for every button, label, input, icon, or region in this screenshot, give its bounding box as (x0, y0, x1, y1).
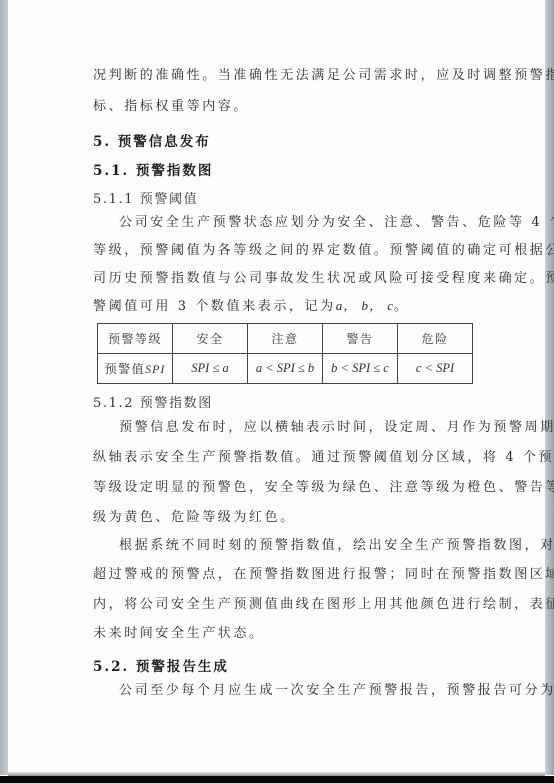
body-line: 内，将公司安全生产预测值曲线在图形上用其他颜色进行绘制，表征 (93, 597, 554, 613)
threshold-variables: a， b， c (336, 298, 394, 313)
table-cell: a < SPI ≤ b (248, 354, 323, 384)
table-cell: b < SPI ≤ c (323, 354, 398, 384)
body-line: 警阈值可用 3 个数值来表示，记为a， b， c。 (93, 298, 410, 315)
body-line: 等级，预警阈值为各等级之间的界定数值。预警阈值的确定可根据公 (93, 243, 554, 259)
body-line: 况判断的准确性。当准确性无法满足公司需求时，应及时调整预警指 (93, 68, 554, 84)
body-line: 未来时间安全生产状态。 (93, 626, 265, 642)
scan-frame-left (0, 0, 8, 775)
body-line: 预警信息发布时，应以横轴表示时间，设定周、月作为预警周期， (119, 420, 554, 436)
body-line: 标、指标权重等内容。 (93, 99, 249, 115)
table-header-cell: 安全 (173, 324, 248, 354)
body-line: 公司安全生产预警状态应划分为安全、注意、警告、危险等 4 个 (119, 215, 554, 231)
section-heading-5-1: 5.1. 预警指数图 (93, 159, 213, 179)
table-header-cell: 注意 (248, 324, 323, 354)
scan-frame-right (545, 0, 554, 775)
section-heading-5-1-1: 5.1.1 预警阈值 (93, 188, 198, 207)
section-heading-5-2: 5.2. 预警报告生成 (93, 655, 229, 675)
body-line: 等级设定明显的预警色，安全等级为绿色、注意等级为橙色、警告等 (93, 480, 554, 496)
table-header-cell: 危险 (398, 324, 473, 354)
body-line: 公司至少每个月应生成一次安全生产预警报告，预警报告可分为 (119, 683, 554, 699)
table-header-cell: 警告 (323, 324, 398, 354)
body-line: 超过警戒的预警点，在预警指数图进行报警；同时在预警指数图区域 (93, 567, 554, 583)
table-row-label: 预警值SPI (98, 354, 173, 384)
row-label-text: 预警值 (105, 362, 146, 376)
table-cell: c < SPI (398, 354, 473, 384)
body-line: 司历史预警指数值与公司事故发生状况或风险可接受程度来确定。预 (93, 271, 554, 287)
table-header-row: 预警等级 安全 注意 警告 危险 (98, 324, 473, 354)
body-text: 警阈值可用 3 个数值来表示，记为 (93, 299, 336, 314)
section-heading-5-1-2: 5.1.2 预警指数图 (93, 392, 213, 411)
document-page (8, 0, 545, 772)
table-header-cell: 预警等级 (98, 324, 173, 354)
threshold-table: 预警等级 安全 注意 警告 危险 预警值SPI SPI ≤ a a < SPI … (97, 323, 473, 384)
body-text: 。 (394, 299, 410, 314)
body-line: 根据系统不同时刻的预警指数值，绘出安全生产预警指数图，对 (119, 538, 554, 554)
body-line: 纵轴表示安全生产预警指数值。通过预警阈值划分区域，将 4 个预警 (93, 450, 554, 466)
table-cell: SPI ≤ a (173, 354, 248, 384)
table-row: 预警值SPI SPI ≤ a a < SPI ≤ b b < SPI ≤ c c… (98, 354, 473, 384)
row-label-var: SPI (145, 362, 165, 376)
scan-frame-bottom (0, 776, 554, 783)
body-line: 级为黄色、危险等级为红色。 (93, 510, 296, 526)
section-heading-5: 5. 预警信息发布 (93, 130, 211, 150)
